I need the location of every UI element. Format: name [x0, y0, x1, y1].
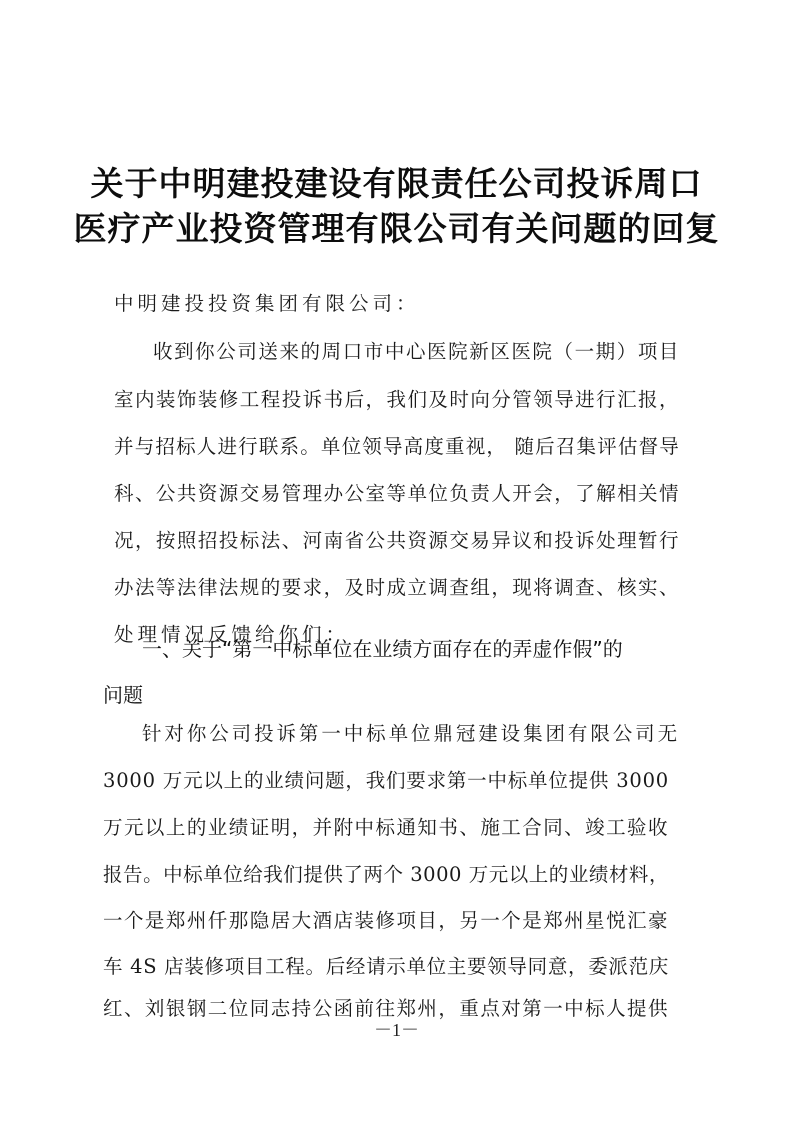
paragraph-1-line-1: 收到你公司送来的周口市中心医院新区医院（一期）项目: [153, 336, 680, 364]
paragraph-1-line-5: 况，按照招投标法、河南省公共资源交易异议和投诉处理暂行: [114, 525, 680, 553]
paragraph-1-line-6: 办法等法律法规的要求，及时成立调查组，现将调查、核实、: [114, 572, 680, 600]
paragraph-2-line-1: 针对你公司投诉第一中标单位鼎冠建设集团有限公司无: [142, 718, 680, 746]
paragraph-2-line-3: 万元以上的业绩证明，并附中标通知书、施工合同、竣工验收: [103, 812, 669, 840]
paragraph-2-line-4: 报告。中标单位给我们提供了两个 3000 万元以上的业绩材料，: [103, 859, 669, 887]
paragraph-1-line-2: 室内装饰装修工程投诉书后，我们及时向分管领导进行汇报，: [114, 384, 680, 412]
paragraph-1-line-4: 科、公共资源交易管理办公室等单位负责人开会，了解相关情: [114, 478, 680, 506]
paragraph-2-line-6: 车 4S 店装修项目工程。后经请示单位主要领导同意，委派范庆: [103, 951, 669, 979]
paragraph-2-line-2: 3000 万元以上的业绩问题，我们要求第一中标单位提供 3000: [103, 765, 669, 793]
section-1-heading-line-1: 一、关于“第一中标单位在业绩方面存在的弄虚作假”的: [142, 633, 623, 662]
document-title-line-1: 关于中明建投建设有限责任公司投诉周口: [0, 158, 793, 205]
salutation: 中明建投投资集团有限公司：: [114, 288, 680, 316]
page-number: －1－: [0, 1016, 793, 1042]
paragraph-1-line-3: 并与招标人进行联系。单位领导高度重视， 随后召集评估督导: [114, 431, 680, 459]
document-title-line-2: 医疗产业投资管理有限公司有关问题的回复: [0, 203, 793, 250]
paragraph-2-line-5: 一个是郑州仟那隐居大酒店装修项目，另一个是郑州星悦汇豪: [103, 905, 669, 933]
section-1-heading-line-2: 问题: [103, 679, 143, 708]
